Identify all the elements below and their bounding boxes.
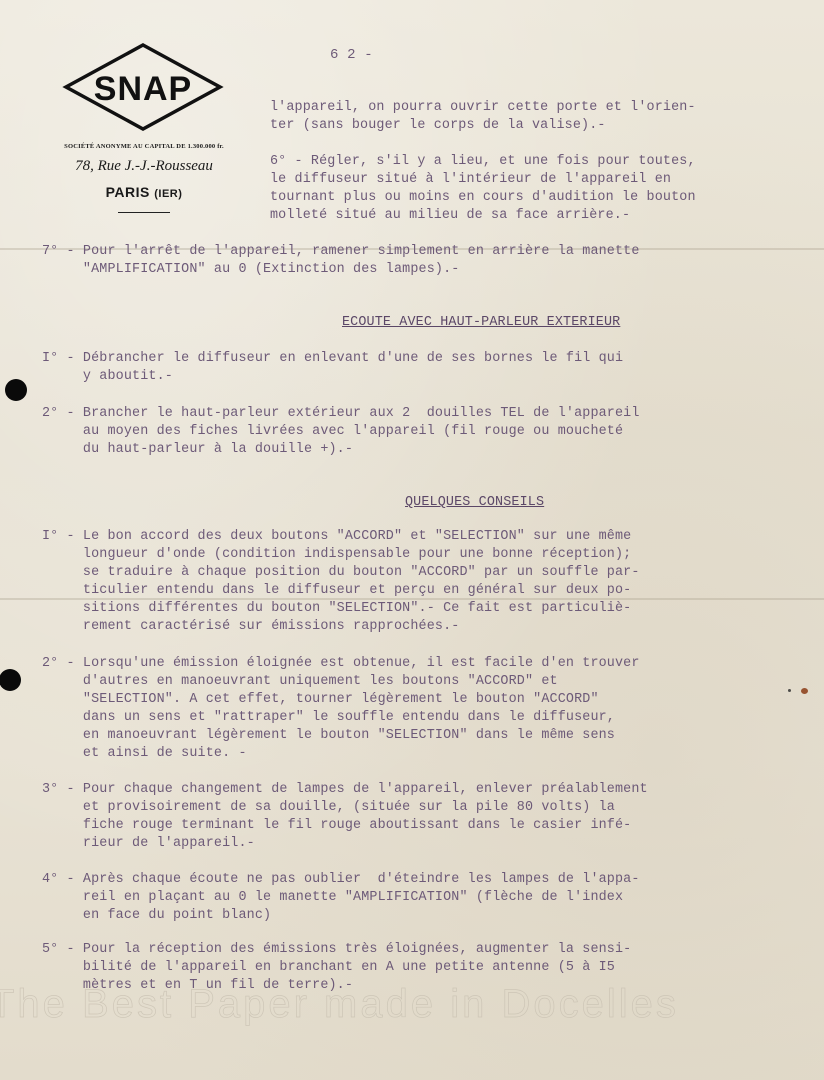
- advice-item-3: 3° - Pour chaque changement de lampes de…: [42, 781, 648, 853]
- advice-item-4: 4° - Après chaque écoute ne pas oublier …: [42, 871, 640, 925]
- punch-hole: [5, 379, 27, 401]
- stain: [788, 689, 791, 692]
- diamond-logo-icon: SNAP: [62, 42, 224, 132]
- snap-logo: SNAP: [62, 42, 224, 132]
- punch-hole: [0, 669, 21, 691]
- arrondissement: (IER): [154, 188, 182, 200]
- section-heading-exterior: ECOUTE AVEC HAUT-PARLEUR EXTERIEUR: [342, 314, 620, 332]
- advice-item-1: I° - Le bon accord des deux boutons "ACC…: [42, 528, 640, 636]
- city-name: PARIS: [106, 184, 150, 200]
- company-address: 78, Rue J.-J.-Rousseau: [34, 158, 254, 175]
- stain: [801, 688, 808, 694]
- svg-text:SNAP: SNAP: [94, 70, 192, 108]
- item-6: 6° - Régler, s'il y a lieu, et une fois …: [270, 153, 696, 225]
- advice-item-2: 2° - Lorsqu'une émission éloignée est ob…: [42, 655, 640, 763]
- company-city: PARIS (IER): [34, 184, 254, 200]
- item-7: 7° - Pour l'arrêt de l'appareil, ramener…: [42, 243, 640, 279]
- letterhead-rule: [118, 212, 170, 213]
- continuation-text: l'appareil, on pourra ouvrir cette porte…: [270, 99, 696, 135]
- exterior-item-1: I° - Débrancher le diffuseur en enlevant…: [42, 350, 623, 386]
- exterior-item-2: 2° - Brancher le haut-parleur extérieur …: [42, 405, 640, 459]
- section-heading-advice: QUELQUES CONSEILS: [405, 494, 544, 512]
- paper-watermark: The Best Paper made in Docelles: [0, 982, 679, 1027]
- company-capital: SOCIÉTÉ ANONYME AU CAPITAL DE 1.300.000 …: [34, 143, 254, 150]
- page-number: 6 2 -: [330, 46, 373, 64]
